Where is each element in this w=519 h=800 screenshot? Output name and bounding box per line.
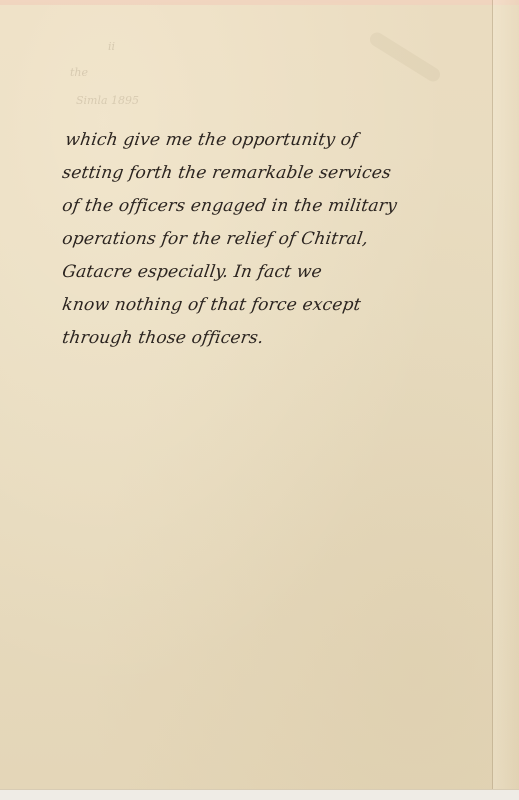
scan-bottom-edge <box>0 789 519 800</box>
handwritten-line: operations for the relief of Chitral, <box>60 223 485 256</box>
handwritten-text-block: which give me the opportunity of setting… <box>60 124 480 355</box>
page-fold-shade <box>493 0 519 790</box>
bleed-through-mark: Simla 1895 <box>76 94 139 107</box>
manuscript-page: ii the Simla 1895 which give me the oppo… <box>0 0 519 800</box>
bleed-through-mark: the <box>70 66 88 79</box>
handwritten-line: setting forth the remarkable services <box>60 157 485 190</box>
handwritten-line: which give me the opportunity of <box>60 124 485 157</box>
bleed-through-mark: ii <box>108 40 115 53</box>
handwritten-line: know nothing of that force except <box>60 289 485 322</box>
handwritten-line: Gatacre especially. In fact we <box>60 256 485 289</box>
page-fold-line <box>492 0 493 790</box>
handwritten-line: of the officers engaged in the military <box>60 190 485 223</box>
paper-smudge <box>367 30 442 84</box>
scan-top-edge <box>0 0 519 5</box>
handwritten-line: through those officers. <box>60 322 485 355</box>
